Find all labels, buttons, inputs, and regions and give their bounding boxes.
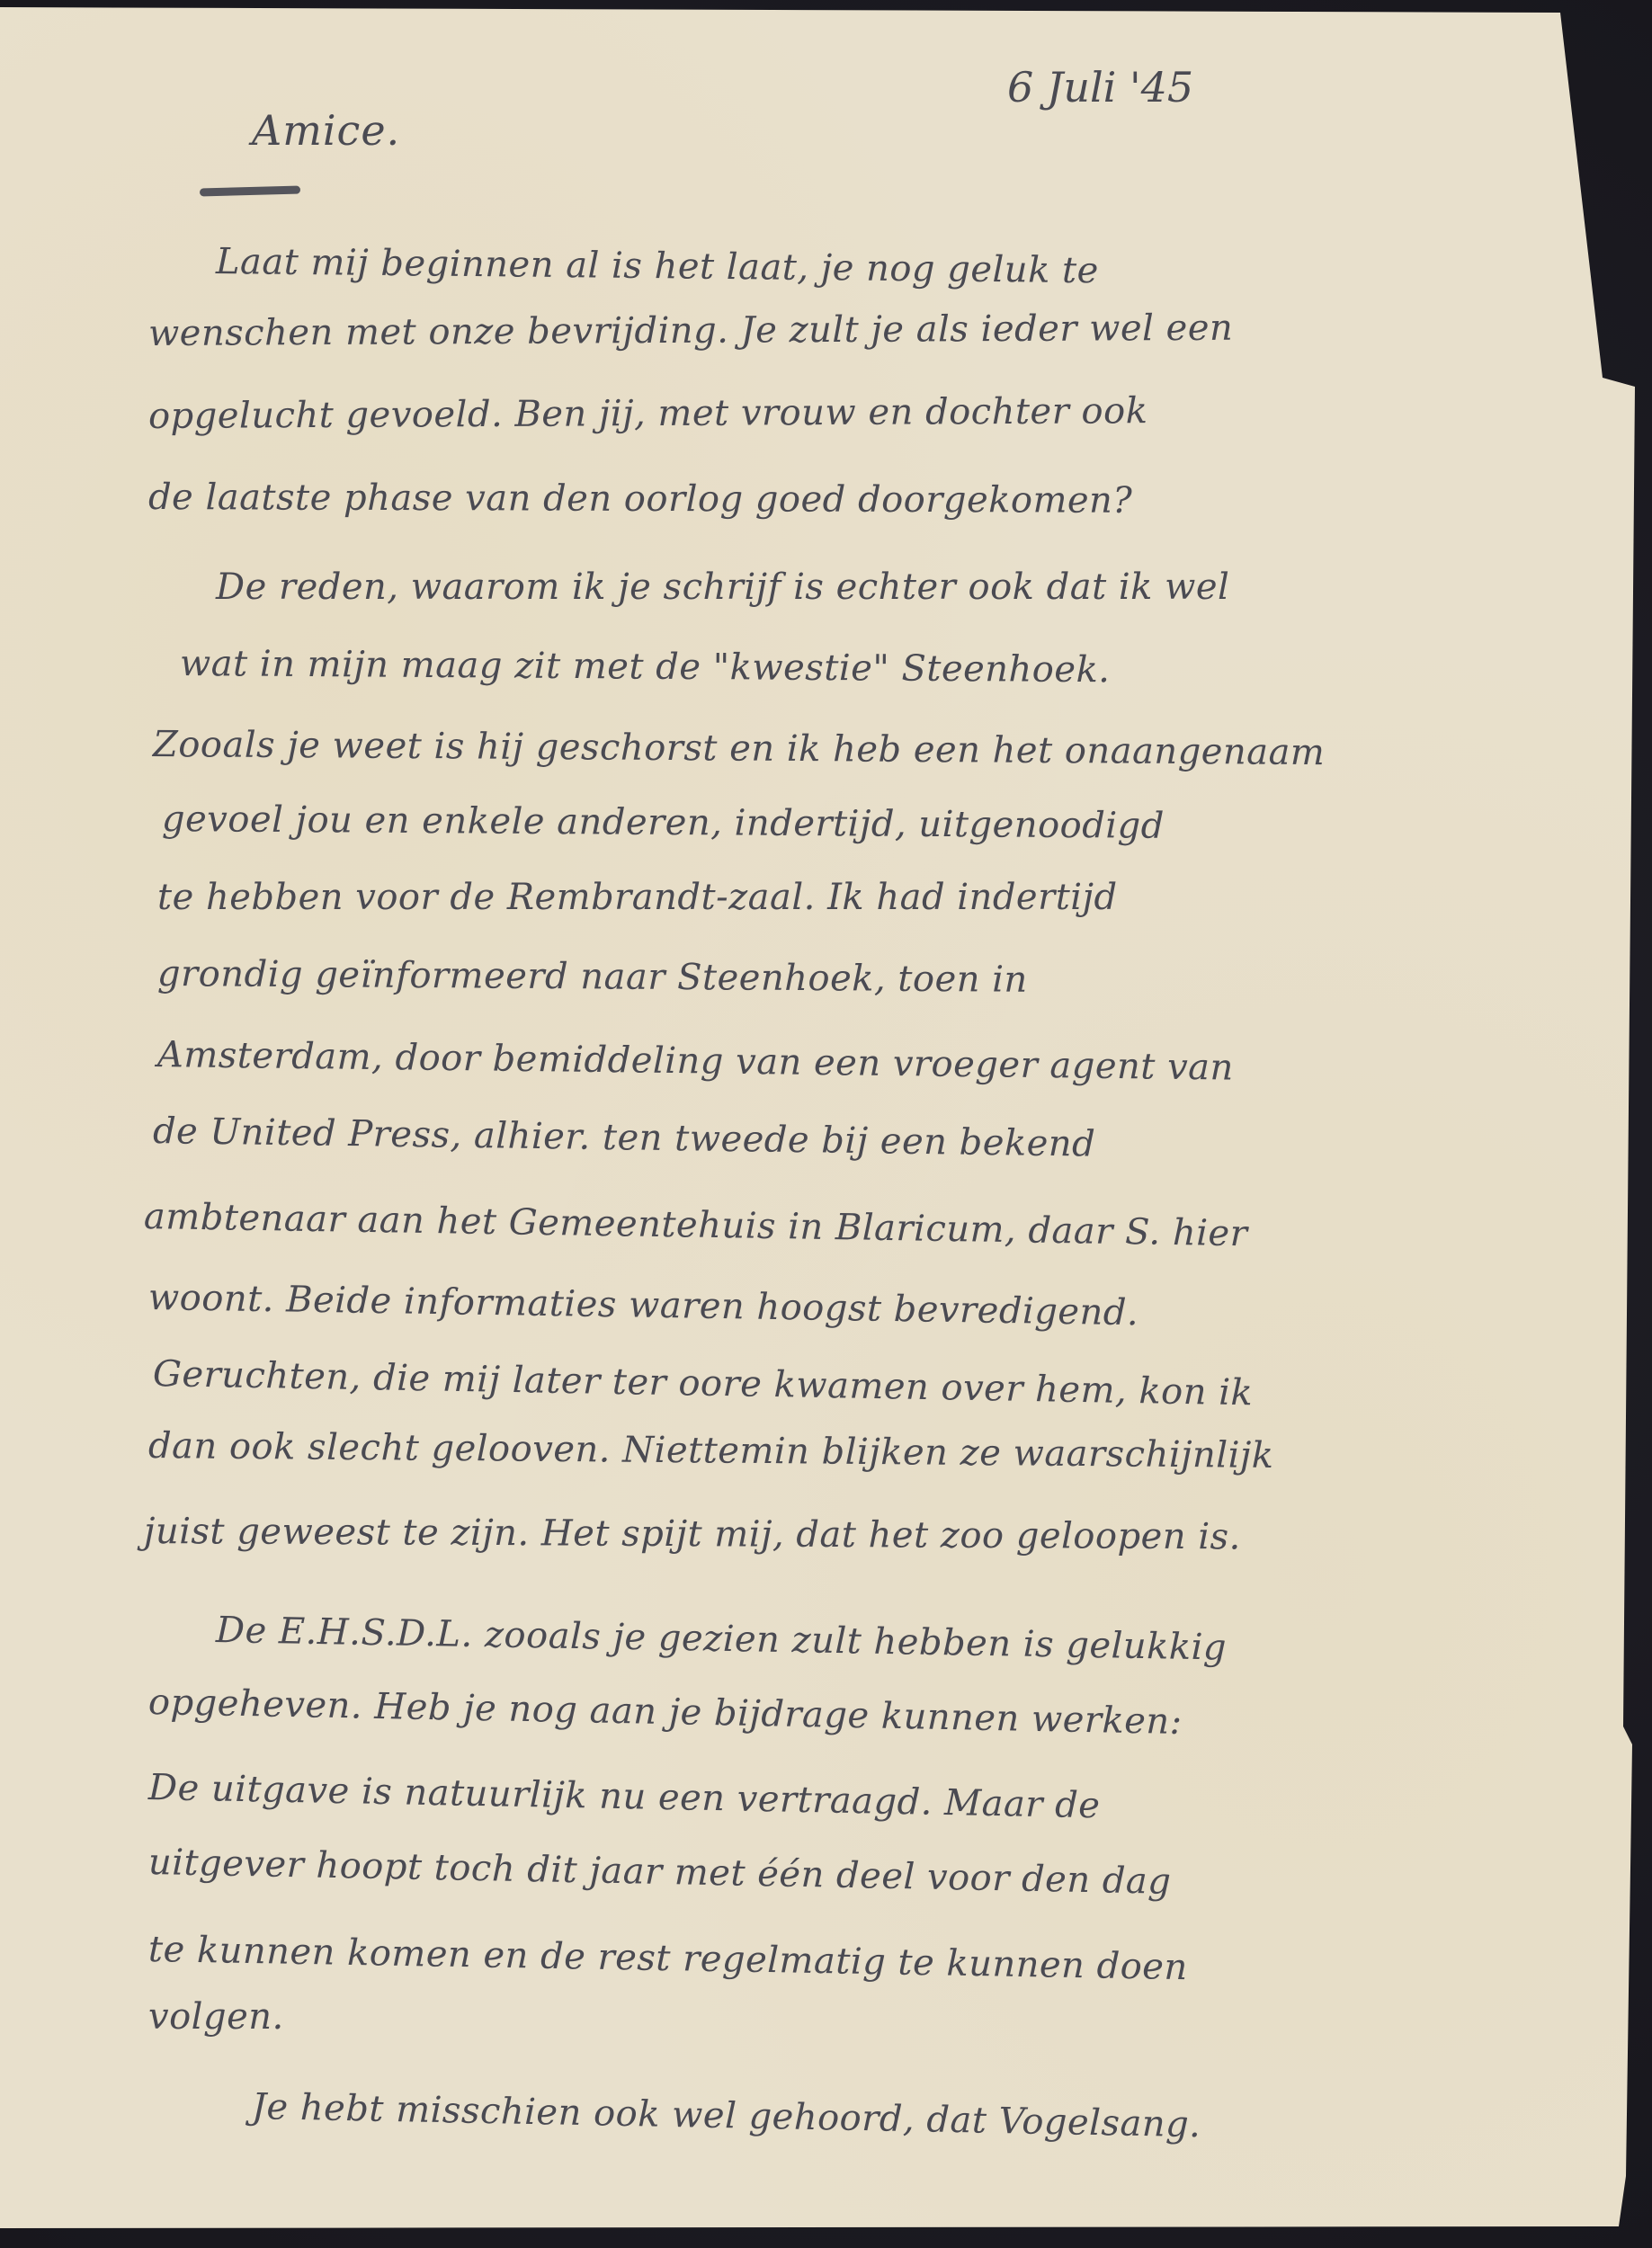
body-line: juist geweest te zijn. Het spijt mij, da… [144, 1511, 1241, 1557]
body-line: Je hebt misschien ook wel gehoord, dat V… [252, 2086, 1201, 2145]
body-line: uitgever hoopt toch dit jaar met één dee… [148, 1842, 1172, 1903]
letter-date: 6 Juli '45 [1007, 63, 1193, 112]
body-line: wat in mijn maag zit met de "kwestie" St… [180, 643, 1111, 691]
body-line: Zooals je weet is hij geschorst en ik he… [153, 724, 1326, 773]
handwritten-letter: Amice. 6 Juli '45 Laat mij beginnen al i… [0, 0, 1652, 2248]
body-line: de laatste phase van den oorlog goed doo… [148, 477, 1132, 522]
body-line: grondig geïnformeerd naar Steenhoek, toe… [157, 953, 1028, 1001]
body-line: ambtenaar aan het Gemeentehuis in Blaric… [144, 1196, 1248, 1254]
body-line: dan ook slecht gelooven. Niettemin blijk… [148, 1425, 1274, 1476]
body-line: opgelucht gevoeld. Ben jij, met vrouw en… [148, 390, 1148, 437]
body-line: te hebben voor de Rembrandt-zaal. Ik had… [157, 877, 1118, 918]
body-line: Amsterdam, door bemiddeling van een vroe… [157, 1034, 1234, 1089]
body-line: volgen. [148, 1996, 284, 2038]
body-line: De uitgave is natuurlijk nu een vertraag… [148, 1767, 1101, 1826]
body-line: De reden, waarom ik je schrijf is echter… [216, 566, 1229, 608]
body-line: wenschen met onze bevrijding. Je zult je… [148, 308, 1233, 354]
body-line: De E.H.S.D.L. zooals je gezien zult hebb… [216, 1610, 1228, 1669]
salutation-underline [200, 186, 300, 197]
body-line: gevoel jou en enkele anderen, indertijd,… [162, 798, 1165, 847]
salutation: Amice. [252, 106, 400, 155]
body-line: Geruchten, die mij later ter oore kwamen… [153, 1353, 1254, 1414]
body-line: opgeheven. Heb je nog aan je bijdrage ku… [148, 1682, 1183, 1743]
body-line: te kunnen komen en de rest regelmatig te… [148, 1929, 1189, 1988]
body-line: woont. Beide informaties waren hoogst be… [148, 1277, 1139, 1334]
body-line: de United Press, alhier. ten tweede bij … [153, 1111, 1096, 1165]
body-line: Laat mij beginnen al is het laat, je nog… [216, 241, 1099, 291]
